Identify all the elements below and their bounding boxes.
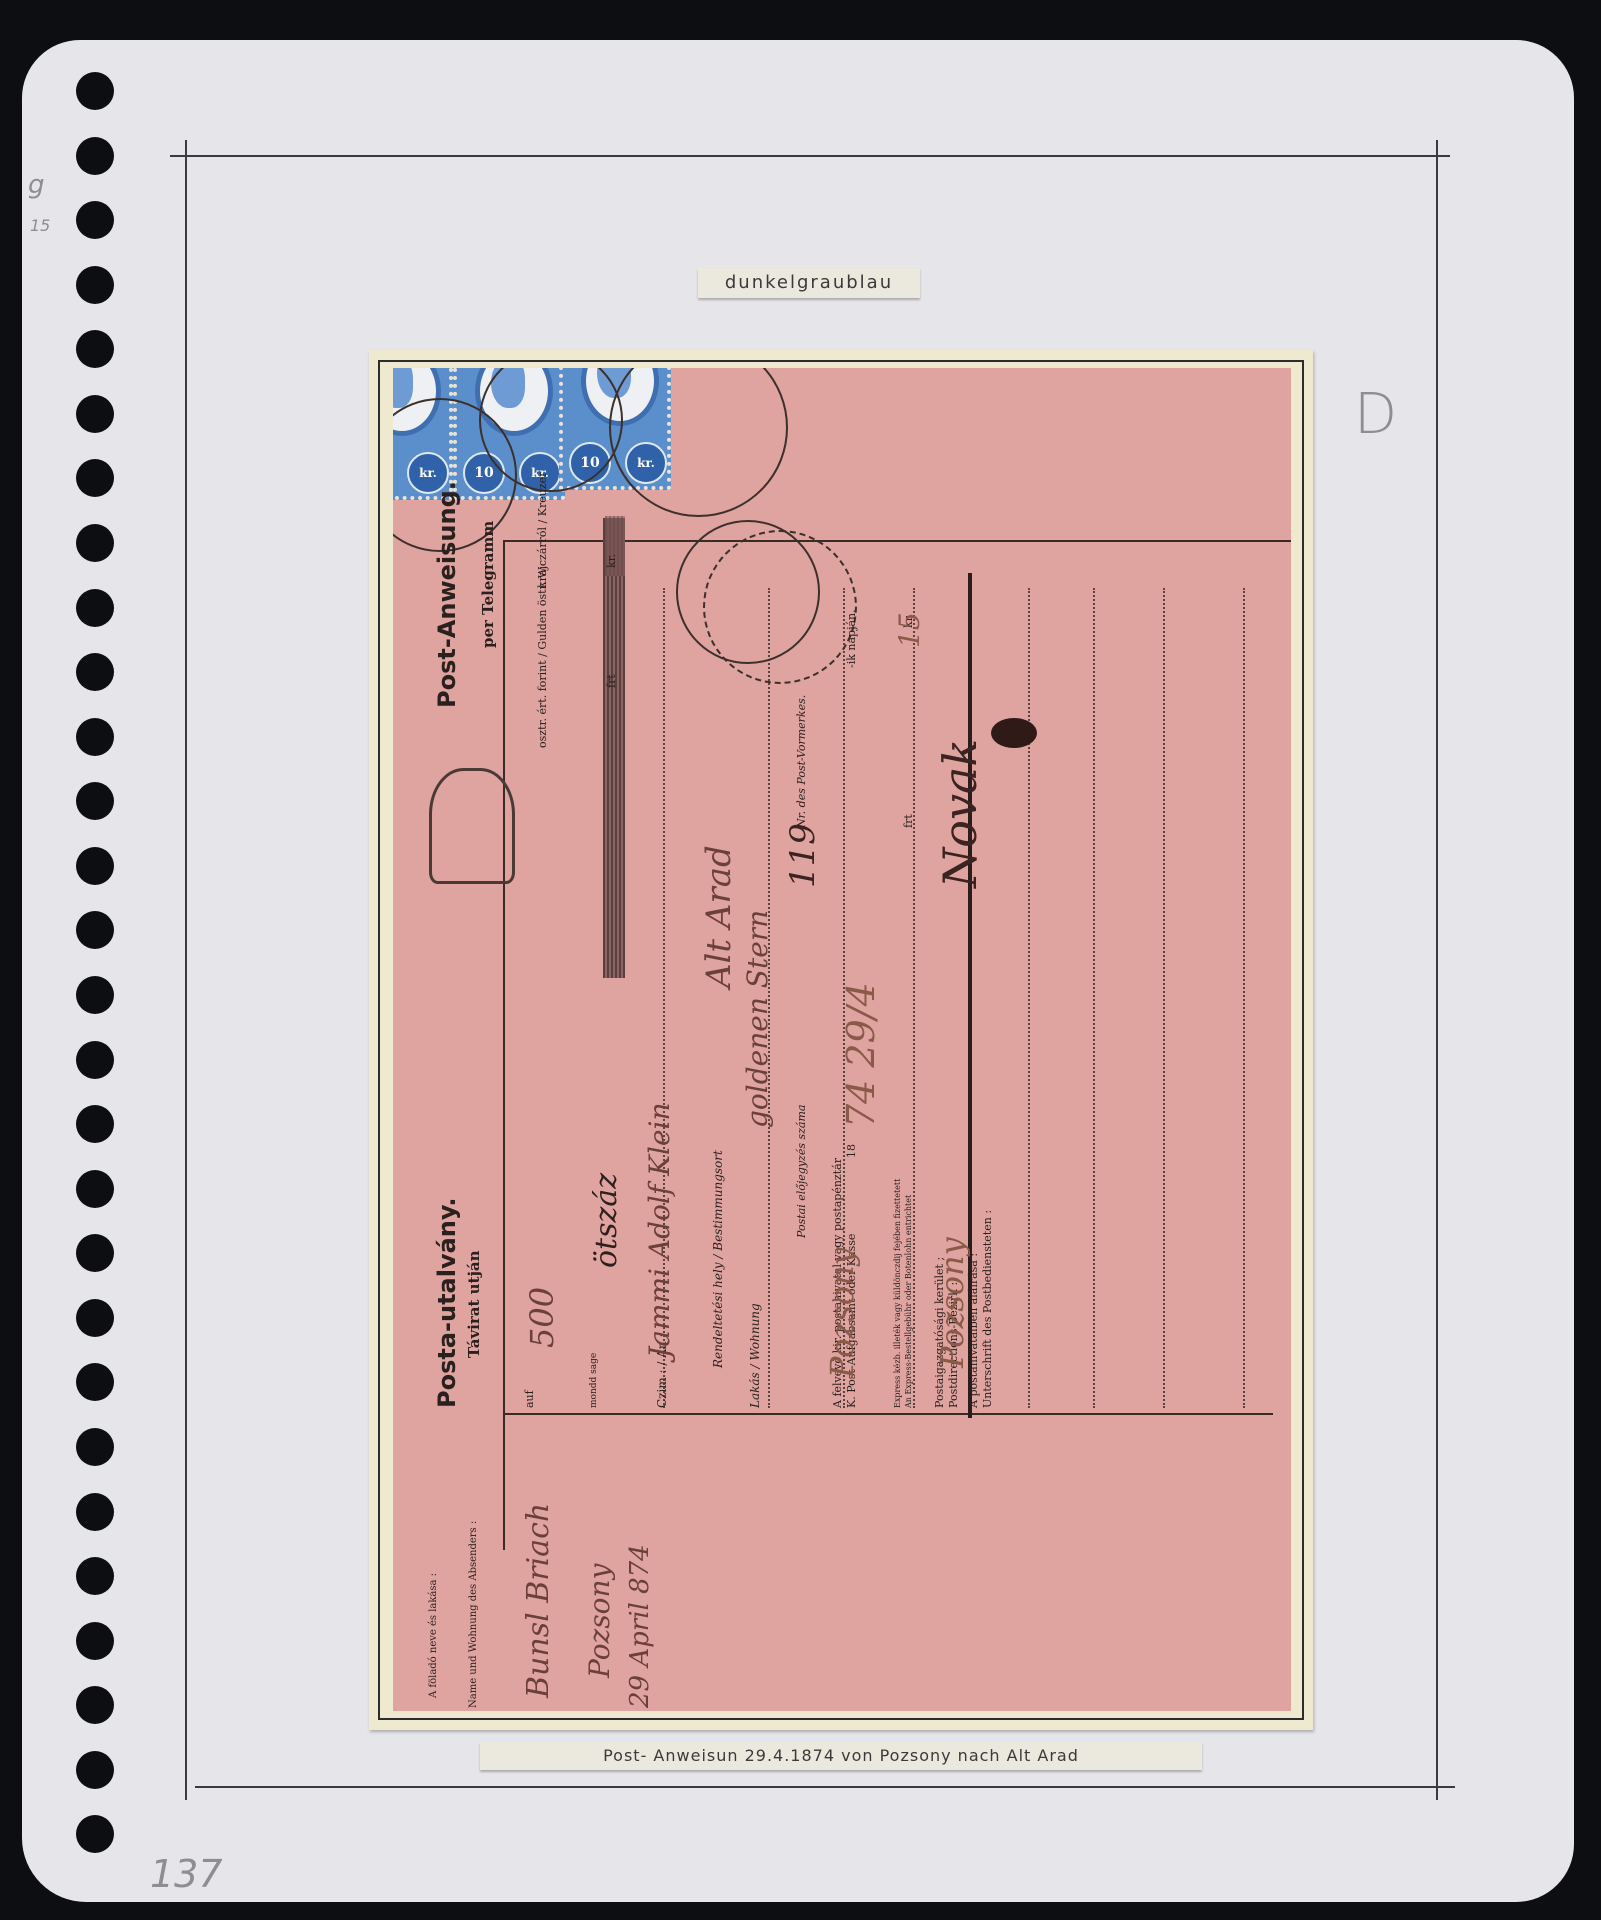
frame-top-line: [170, 155, 1450, 157]
binder-hole: [76, 1041, 114, 1079]
binder-hole: [76, 847, 114, 885]
handwritten-sender: Bunsl Briach: [521, 1503, 556, 1698]
binder-hole: [76, 459, 114, 497]
label-registry-de: Nr. des Post-Vormerkes.: [795, 695, 808, 828]
binder-hole: [76, 72, 114, 110]
coat-of-arms-icon: [429, 768, 515, 884]
dotted-guide: [1163, 588, 1165, 1408]
frame-right-line: [1436, 140, 1438, 1800]
label-signature-de: Unterschrift des Postbediensteten :: [981, 1210, 994, 1408]
binder-hole: [76, 1815, 114, 1853]
binder-hole: [76, 1493, 114, 1531]
binder-hole: [76, 1234, 114, 1272]
handwritten-residence: goldenen Stern: [741, 910, 774, 1128]
frame-left-line: [185, 140, 187, 1800]
ink-blot: [991, 718, 1037, 748]
binder-hole: [76, 395, 114, 433]
label-registry-hu: Postai előjegyzés száma: [795, 1105, 808, 1238]
binder-hole: [76, 137, 114, 175]
label-sender-hu: A föladó neve és lakása :: [428, 1573, 439, 1698]
dotted-guide: [913, 588, 915, 1408]
binder-hole: [76, 1170, 114, 1208]
binder-hole: [76, 1751, 114, 1789]
handwritten-recipient: Jammi Adolf Klein: [643, 1102, 676, 1358]
label-destination: Rendeltetési hely / Bestimmungsort: [711, 1150, 725, 1368]
label-fee-frt: frt: [902, 814, 915, 828]
binder-hole: [76, 718, 114, 756]
handwritten-sender-date: 29 April 874: [625, 1544, 655, 1708]
postmark-office-outer: [703, 530, 857, 684]
label-year: 18: [845, 1144, 858, 1158]
handwritten-sender-place: Pozsony: [583, 1564, 616, 1678]
binder-hole: [76, 1105, 114, 1143]
binder-hole: [76, 1557, 114, 1595]
dotted-guide: [1093, 588, 1095, 1408]
label-auf: auf: [523, 1390, 536, 1408]
caption-label: Post- Anweisun 29.4.1874 von Pozsony nac…: [480, 1742, 1202, 1770]
pencil-note-letter: g: [28, 170, 45, 200]
money-order-form: 10 kr. 10 kr. 10 kr. Nyomtatvány szám. 3…: [393, 368, 1291, 1711]
binder-hole: [76, 266, 114, 304]
binder-hole: [76, 782, 114, 820]
label-kreuzer: krajczárról / Kreuzer: [536, 472, 549, 588]
handwritten-office: Pozsony: [823, 1247, 861, 1378]
binder-hole: [76, 1363, 114, 1401]
postmark-cancel: [609, 368, 788, 517]
label-residence: Lakás / Wohnung: [748, 1303, 762, 1408]
binder-hole: [76, 201, 114, 239]
binder-hole: [76, 1686, 114, 1724]
amount-shaded-field: [603, 518, 625, 978]
form-left-rule: [503, 540, 505, 1550]
binder-hole: [76, 911, 114, 949]
frame-bottom-line: [195, 1786, 1455, 1788]
handwritten-registry: 119: [783, 823, 823, 888]
label-kr: kr.: [605, 554, 618, 568]
label-sender-de: Name und Wohnung des Absenders :: [468, 1521, 479, 1708]
binder-hole: [76, 524, 114, 562]
dotted-guide: [1243, 588, 1245, 1408]
label-day: -ik napján.: [845, 609, 858, 668]
binder-hole: [76, 589, 114, 627]
page-number: 137: [150, 1852, 223, 1896]
pencil-note-number: 15: [30, 216, 50, 235]
label-express-hu: Express kézb. illeték vagy küldönczdij f…: [893, 1179, 902, 1408]
handwritten-fee: 15: [893, 612, 926, 648]
binder-hole: [76, 330, 114, 368]
dotted-guide: [1028, 588, 1030, 1408]
binder-hole: [76, 1299, 114, 1337]
title-hungarian: Posta-utalvány.: [433, 1198, 461, 1408]
form-sender-rule: [503, 1413, 1273, 1415]
label-express-de: An Express-Bestellgebühr oder Botenlohn …: [904, 1195, 913, 1408]
pencil-mark: D: [1354, 382, 1397, 447]
subtitle-german: per Telegramm: [479, 521, 497, 648]
handwritten-amount-words: ötszáz: [589, 1173, 624, 1268]
handwritten-signature: Novak: [933, 739, 987, 888]
subtitle-hungarian: Távirat utján: [465, 1250, 483, 1358]
handwritten-destination: Alt Arad: [699, 845, 739, 988]
label-currency: osztr. ért. forint / Gulden östr. W.: [536, 565, 549, 748]
binder-hole: [76, 976, 114, 1014]
binder-hole: [76, 1428, 114, 1466]
color-label: dunkelgraublau: [698, 268, 920, 298]
binder-hole: [76, 653, 114, 691]
handwritten-date: 74 29/4: [839, 982, 883, 1128]
title-german: Post-Anweisung.: [433, 481, 461, 708]
label-frt: frt: [605, 674, 618, 688]
handwritten-district: Pozsony: [933, 1237, 971, 1368]
label-mondd: mondd sage: [589, 1353, 599, 1408]
handwritten-amount: 500: [523, 1287, 561, 1348]
binder-hole: [76, 1622, 114, 1660]
